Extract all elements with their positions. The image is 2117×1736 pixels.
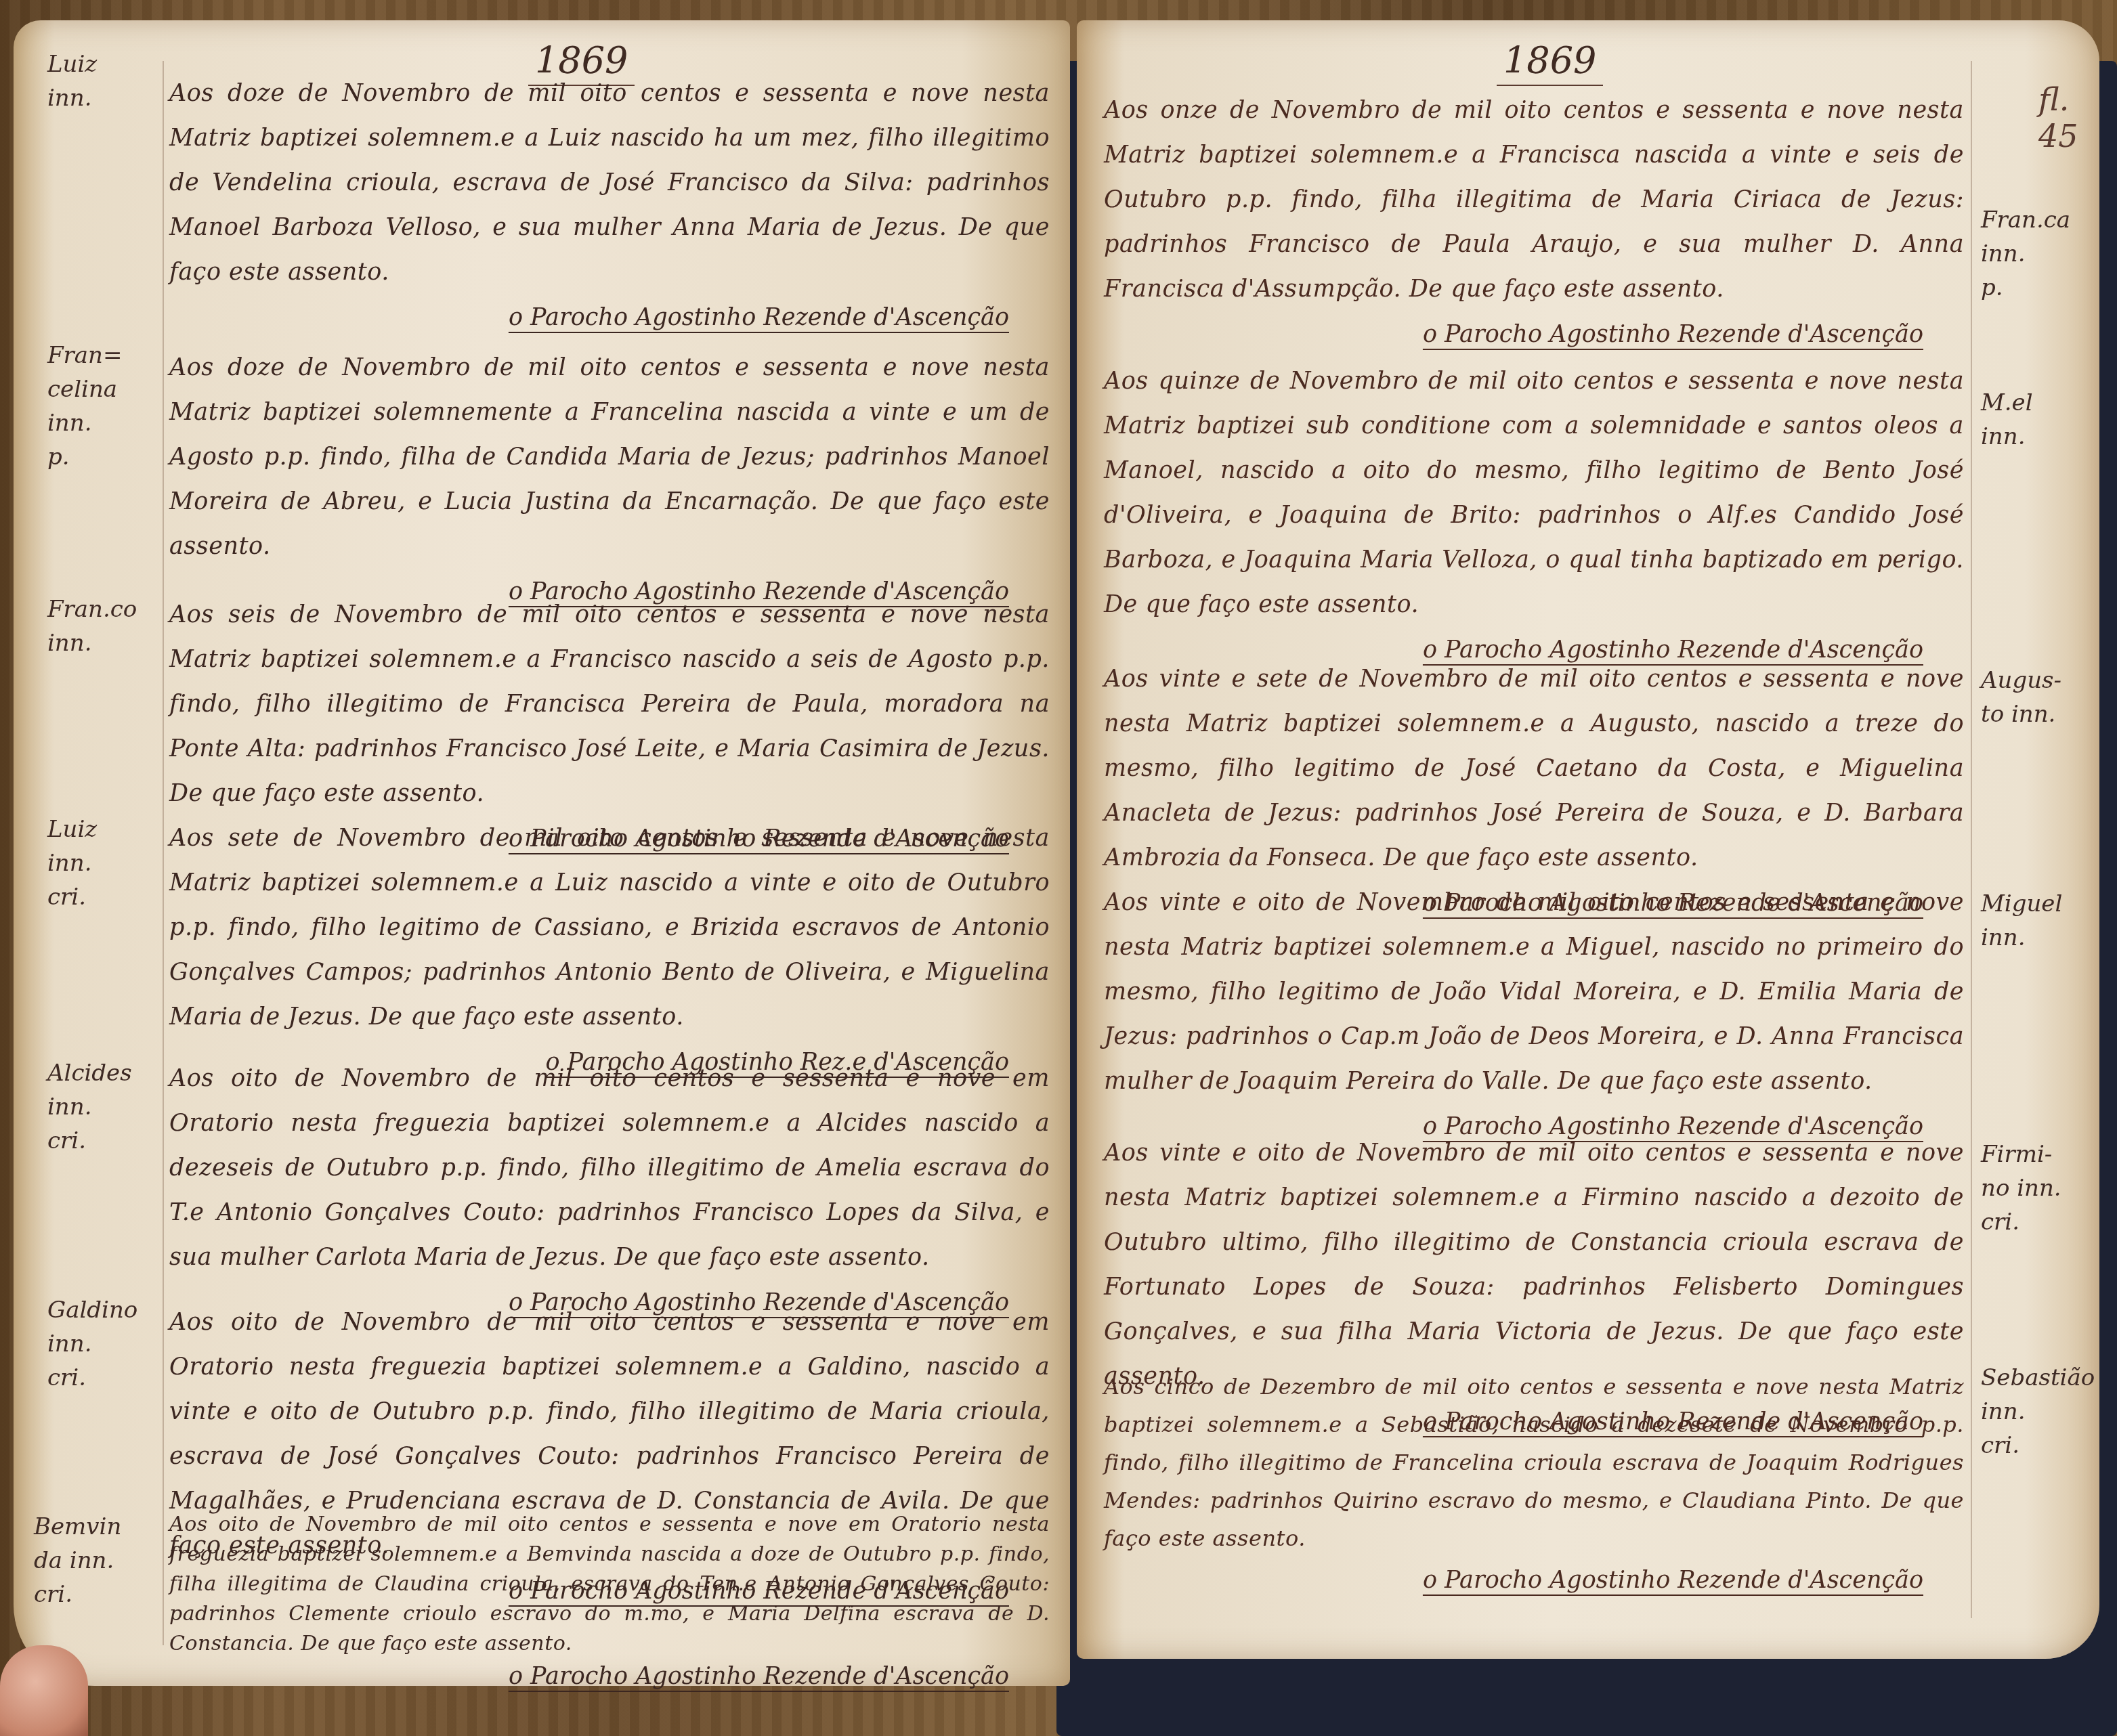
entry-text: Aos onze de Novembro de mil oito centos … xyxy=(1104,88,1964,311)
entry-text: Aos vinte e oito de Novembro de mil oito… xyxy=(1104,1131,1964,1399)
baptism-entry: Aos oito de Novembro de mil oito centos … xyxy=(169,1056,1050,1323)
right-page: 1869 fl. 45 Aos onze de Novembro de mil … xyxy=(1077,20,2099,1659)
margin-note: M.el inn. xyxy=(1981,386,2033,454)
baptism-entry: Aos sete de Novembro de mil oito centos … xyxy=(169,816,1050,1083)
baptism-entry: Aos doze de Novembro de mil oito centos … xyxy=(169,345,1050,612)
baptism-entry: Aos oito de Novembro de mil oito centos … xyxy=(169,1510,1050,1691)
entry-text: Aos doze de Novembro de mil oito centos … xyxy=(169,345,1050,569)
priest-signature: o Parocho Agostinho Rezende d'Ascenção xyxy=(1104,314,1964,355)
holding-thumb xyxy=(0,1645,88,1736)
entry-text: Aos oito de Novembro de mil oito centos … xyxy=(169,1056,1050,1280)
baptism-entry: Aos doze de Novembro de mil oito centos … xyxy=(169,71,1050,338)
entry-text: Aos sete de Novembro de mil oito centos … xyxy=(169,816,1050,1039)
folio-number: fl. 45 xyxy=(2038,81,2099,154)
entry-text: Aos oito de Novembro de mil oito centos … xyxy=(169,1510,1050,1659)
priest-signature: o Parocho Agostinho Rezende d'Ascenção xyxy=(169,1662,1050,1691)
baptism-entry: Aos quinze de Novembro de mil oito cento… xyxy=(1104,359,1964,670)
margin-note: Fran.co inn. xyxy=(47,592,137,660)
entry-text: Aos vinte e sete de Novembro de mil oito… xyxy=(1104,657,1964,880)
margin-note: Sebastião inn. cri. xyxy=(1981,1361,2095,1462)
baptism-entry: Aos vinte e oito de Novembro de mil oito… xyxy=(1104,880,1964,1147)
baptism-entry: Aos onze de Novembro de mil oito centos … xyxy=(1104,88,1964,355)
margin-note: Fran.ca inn. p. xyxy=(1981,203,2070,305)
entry-text: Aos vinte e oito de Novembro de mil oito… xyxy=(1104,880,1964,1104)
baptism-entry: Aos cinco de Dezembro de mil oito centos… xyxy=(1104,1368,1964,1601)
margin-note: Miguel inn. xyxy=(1981,887,2062,955)
margin-note: Alcides inn. cri. xyxy=(47,1056,132,1158)
margin-note: Luiz inn. xyxy=(47,47,97,115)
priest-signature: o Parocho Agostinho Rezende d'Ascenção xyxy=(1104,1560,1964,1601)
entry-text: Aos seis de Novembro de mil oito centos … xyxy=(169,592,1050,816)
open-register-book: 1869 Luiz inn. Aos doze de Novembro de m… xyxy=(14,20,2103,1736)
margin-rule xyxy=(1971,61,1972,1618)
margin-note: Luiz inn. cri. xyxy=(47,812,97,914)
margin-note: Galdino inn. cri. xyxy=(47,1293,137,1395)
left-page: 1869 Luiz inn. Aos doze de Novembro de m… xyxy=(14,20,1070,1686)
margin-note: Fran= celina inn. p. xyxy=(47,339,123,474)
year-header: 1869 xyxy=(1497,39,1603,86)
priest-signature: o Parocho Agostinho Rezende d'Ascenção xyxy=(169,297,1050,338)
margin-note: Bemvin da inn. cri. xyxy=(34,1510,121,1611)
margin-rule xyxy=(163,61,164,1645)
entry-text: Aos doze de Novembro de mil oito centos … xyxy=(169,71,1050,295)
margin-note: Augus- to inn. xyxy=(1981,664,2061,731)
margin-note: Firmi- no inn. cri. xyxy=(1981,1137,2061,1239)
entry-text: Aos cinco de Dezembro de mil oito centos… xyxy=(1104,1368,1964,1557)
entry-text: Aos quinze de Novembro de mil oito cento… xyxy=(1104,359,1964,627)
